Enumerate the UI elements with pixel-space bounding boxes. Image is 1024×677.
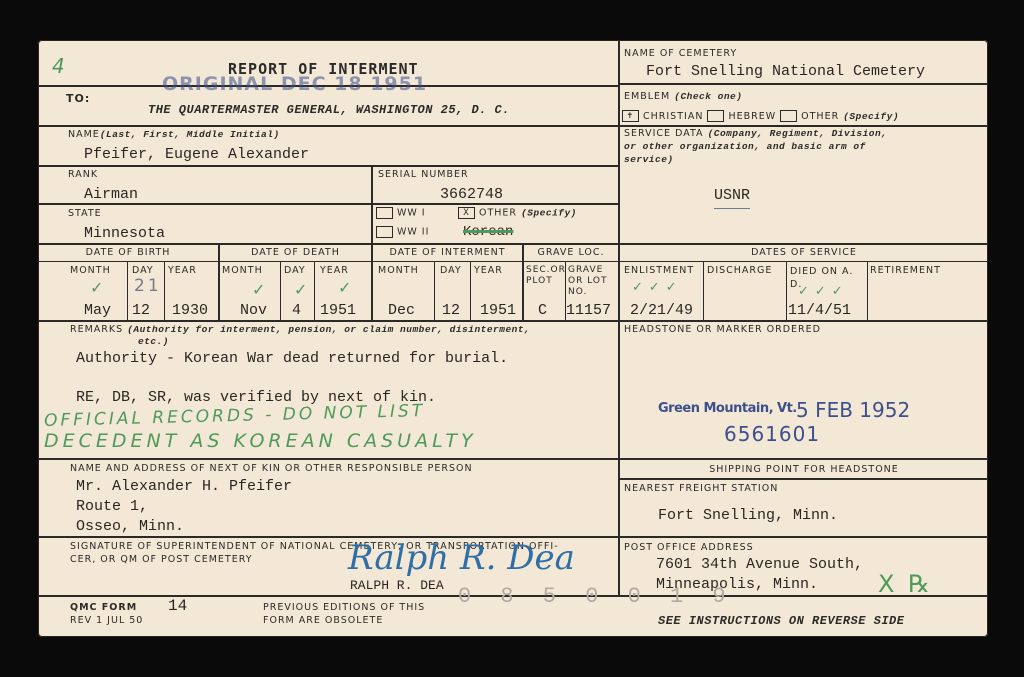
col-year: YEAR <box>168 265 197 276</box>
state-label: STATE <box>68 208 102 219</box>
divider <box>620 83 988 85</box>
interment-month: Dec <box>388 302 415 319</box>
interment-report-card: 4 REPORT OF INTERMENT ORIGINAL DEC 18 19… <box>38 40 988 637</box>
to-label: TO: <box>66 92 90 105</box>
cross-checked-icon: ✝ <box>622 110 639 122</box>
col-day: DAY <box>440 265 462 276</box>
service-data-value: USNR <box>714 187 750 209</box>
emblem-label: EMBLEM (Check one) <box>624 91 742 102</box>
divider <box>38 261 988 262</box>
other-war-checkbox[interactable]: XOTHER (Specify) <box>458 207 577 219</box>
birth-day: 12 <box>132 302 150 319</box>
form-number-block: QMC FORMREV 1 JUL 50 <box>70 601 143 627</box>
obsolete-note: PREVIOUS EDITIONS OF THISFORM ARE OBSOLE… <box>263 601 425 627</box>
remarks-label: REMARKS (Authority for interment, pensio… <box>70 324 530 335</box>
divider <box>703 262 704 321</box>
date-of-birth-label: DATE OF BIRTH <box>38 247 218 258</box>
post-office-label: POST OFFICE ADDRESS <box>624 542 754 553</box>
divider <box>127 262 128 321</box>
rank-value: Airman <box>84 186 138 203</box>
divider <box>620 125 988 127</box>
corner-number: 4 <box>52 54 68 78</box>
divider <box>38 165 620 167</box>
death-month: Nov <box>240 302 267 319</box>
headstone-stamp-number: 6561601 <box>724 422 820 446</box>
checkbox-empty-icon <box>707 110 724 122</box>
checkbox-empty-icon <box>780 110 797 122</box>
col-day: DAY <box>132 265 154 276</box>
interment-day: 12 <box>442 302 460 319</box>
ww2-checkbox[interactable]: WW II <box>376 226 429 238</box>
post-office-line-1: 7601 34th Avenue South, <box>656 556 863 573</box>
grave-section: C <box>538 302 547 319</box>
reverse-side-instructions: SEE INSTRUCTIONS ON REVERSE SIDE <box>658 614 904 628</box>
birth-year: 1930 <box>172 302 208 319</box>
next-of-kin-line-3: Osseo, Minn. <box>76 518 184 535</box>
col-month: MONTH <box>70 265 111 276</box>
divider <box>38 125 620 127</box>
name-label: NAME(Last, First, Middle Initial) <box>68 129 280 140</box>
divider <box>38 320 988 322</box>
check-mark-icon: ✓ <box>294 280 307 299</box>
next-of-kin-line-2: Route 1, <box>76 498 148 515</box>
checkbox-empty-icon <box>376 207 393 219</box>
handwritten-note-2: DECEDENT AS KOREAN CASUALTY <box>44 430 477 452</box>
discharge-label: DISCHARGE <box>707 265 772 276</box>
grave-lot: 11157 <box>566 302 611 319</box>
divider <box>280 262 281 321</box>
retirement-label: RETIREMENT <box>870 265 941 276</box>
headstone-stamp-place: Green Mountain, Vt. <box>658 401 797 416</box>
check-mark-icon: ✓ <box>252 280 265 299</box>
next-of-kin-label: NAME AND ADDRESS OF NEXT OF KIN OR OTHER… <box>70 463 473 474</box>
name-value: Pfeifer, Eugene Alexander <box>84 146 309 163</box>
divider <box>371 165 373 321</box>
checkbox-checked-icon: X <box>458 207 475 219</box>
handwritten-initials: X ℞ <box>878 570 933 598</box>
died-on-ad-date: 11/4/51 <box>788 302 851 319</box>
col-day: DAY <box>284 265 306 276</box>
check-mark-icon: ✓✓✓ <box>632 280 683 295</box>
divider <box>38 243 988 245</box>
dates-of-service-label: DATES OF SERVICE <box>620 247 988 258</box>
death-day: 4 <box>292 302 301 319</box>
state-value: Minnesota <box>84 225 165 242</box>
original-stamp: ORIGINAL DEC 18 1951 <box>162 73 427 95</box>
divider <box>618 40 620 596</box>
service-data-hint: service) <box>624 154 674 165</box>
headstone-label: HEADSTONE OR MARKER ORDERED <box>624 324 821 335</box>
col-month: MONTH <box>378 265 419 276</box>
other-war-value: Korean <box>463 224 513 240</box>
interment-year: 1951 <box>480 302 516 319</box>
divider <box>164 262 165 321</box>
to-value: THE QUARTERMASTER GENERAL, WASHINGTON 25… <box>148 103 510 117</box>
enlistment-label: ENLISTMENT <box>624 265 694 276</box>
signature-typed-name: RALPH R. DEA <box>350 578 444 593</box>
divider <box>620 478 988 480</box>
form-number: 14 <box>168 597 187 615</box>
divider <box>38 203 620 205</box>
divider <box>434 262 435 321</box>
divider <box>314 262 315 321</box>
grave-loc-label: GRAVE LOC. <box>524 247 618 258</box>
signature-label-2: CER, OR QM OF POST CEMETERY <box>70 554 253 565</box>
ww1-checkbox[interactable]: WW I <box>376 207 426 219</box>
col-year: YEAR <box>474 265 503 276</box>
serial-number-label: SERIAL NUMBER <box>378 169 469 180</box>
emblem-other-checkbox[interactable]: OTHER (Specify) <box>780 111 899 122</box>
emblem-hebrew-checkbox[interactable]: HEBREW <box>707 111 776 122</box>
birth-month: May <box>84 302 111 319</box>
death-year: 1951 <box>320 302 356 319</box>
signature-handwritten: Ralph R. Dea <box>348 538 575 578</box>
emblem-christian-checkbox[interactable]: ✝CHRISTIAN <box>622 111 703 122</box>
date-of-interment-label: DATE OF INTERMENT <box>373 247 522 258</box>
rank-label: RANK <box>68 169 98 180</box>
sec-plot-label: SEC.ORPLOT <box>526 265 566 287</box>
date-of-death-label: DATE OF DEATH <box>220 247 371 258</box>
divider <box>786 262 787 321</box>
headstone-stamp-date: 5 FEB 1952 <box>796 398 910 422</box>
grave-lot-label: GRAVEOR LOTNO. <box>568 265 607 298</box>
service-data-label: SERVICE DATA (Company, Regiment, Divisio… <box>624 128 887 139</box>
divider <box>867 262 868 321</box>
perforation-number: 0 8 5 0 0 1 9 <box>458 584 734 609</box>
emblem-options: ✝CHRISTIAN HEBREW OTHER (Specify) <box>622 110 899 122</box>
check-mark-icon: ✓✓✓ <box>798 284 849 299</box>
check-mark-icon: ✓ <box>90 278 103 297</box>
next-of-kin-line-1: Mr. Alexander H. Pfeifer <box>76 478 292 495</box>
freight-station-label: NEAREST FREIGHT STATION <box>624 483 778 494</box>
serial-number-value: 3662748 <box>440 186 503 203</box>
freight-station-value: Fort Snelling, Minn. <box>658 507 838 524</box>
shipping-point-label: SHIPPING POINT FOR HEADSTONE <box>620 464 988 475</box>
check-mark-icon: ✓ <box>338 278 351 297</box>
col-month: MONTH <box>222 265 263 276</box>
service-data-hint: or other organization, and basic arm of <box>624 141 866 152</box>
divider <box>470 262 471 321</box>
col-year: YEAR <box>320 265 349 276</box>
cemetery-label: NAME OF CEMETERY <box>624 48 737 59</box>
remarks-line-1: Authority - Korean War dead returned for… <box>76 350 508 367</box>
enlistment-date: 2/21/49 <box>630 302 693 319</box>
checkbox-empty-icon <box>376 226 393 238</box>
remarks-hint: etc.) <box>138 336 169 347</box>
cemetery-value: Fort Snelling National Cemetery <box>646 63 925 80</box>
birth-day-handwritten: 21 <box>134 276 162 296</box>
divider <box>38 458 988 460</box>
